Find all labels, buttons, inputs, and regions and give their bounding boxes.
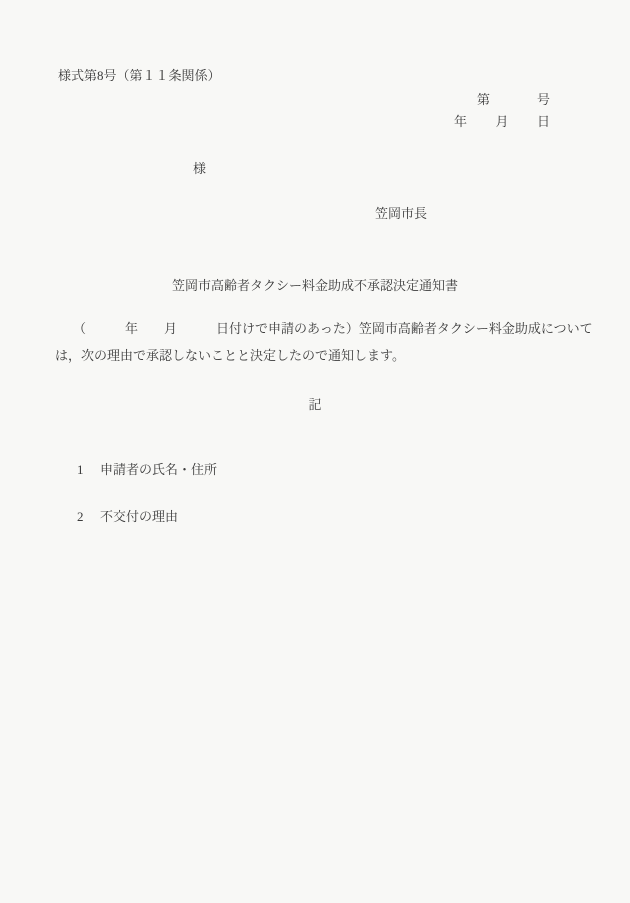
list-item: 2不交付の理由: [64, 490, 178, 543]
body-line-2: は，次の理由で承認しないことと決定したので通知します。: [55, 342, 600, 369]
body-paragraph: （ 年 月 日付けで申請のあった）笠岡市高齢者タクシー料金助成について は，次の…: [55, 315, 600, 369]
document-title: 笠岡市高齢者タクシー料金助成不承認決定通知書: [0, 277, 630, 295]
list-item-text: 不交付の理由: [100, 509, 178, 524]
list-item: 1申請者の氏名・住所: [64, 443, 217, 496]
list-item-text: 申請者の氏名・住所: [100, 462, 217, 477]
document-number-line: 第 号: [477, 91, 550, 109]
form-number: 様式第8号（第１１条関係）: [58, 67, 221, 85]
document-page: 様式第8号（第１１条関係） 第 号 年 月 日 様 笠岡市長 笠岡市高齢者タクシ…: [0, 0, 630, 903]
document-number-prefix: 第: [477, 91, 490, 109]
body-line-1: （ 年 月 日付けで申請のあった）笠岡市高齢者タクシー料金助成について: [55, 315, 600, 342]
addressee-honorific: 様: [193, 160, 206, 178]
list-item-number: 1: [77, 461, 100, 479]
date-year-label: 年: [454, 113, 467, 131]
list-heading: 記: [0, 396, 630, 414]
document-number-suffix: 号: [537, 91, 550, 109]
date-day-label: 日: [537, 113, 550, 131]
date-month-label: 月: [495, 113, 508, 131]
list-item-number: 2: [77, 508, 100, 526]
date-line: 年 月 日: [454, 113, 550, 131]
sender-name: 笠岡市長: [375, 205, 427, 223]
